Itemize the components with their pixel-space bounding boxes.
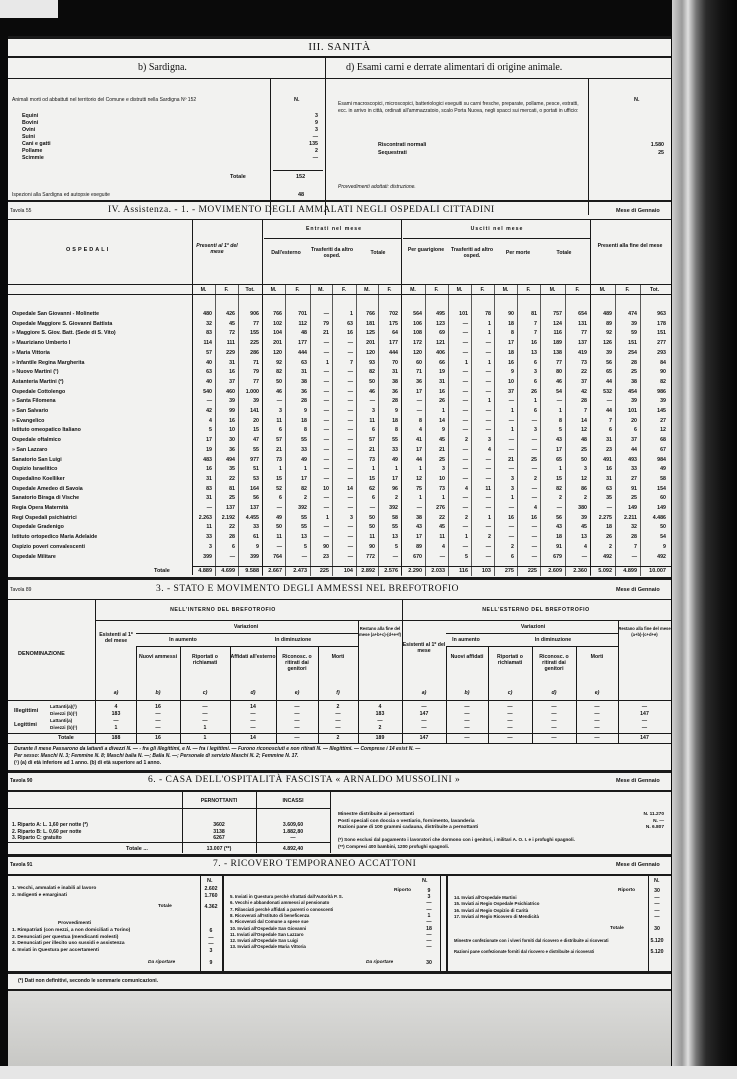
- ricovero-item-value: —: [418, 919, 440, 925]
- cell: 40: [192, 360, 212, 366]
- cell: 1: [494, 427, 514, 433]
- table-row: Ospedale San Giovanni - Molinette4804269…: [8, 311, 671, 319]
- ricovero-title: 7. - RICOVERO TEMPORANEO ACCATTONI: [213, 859, 416, 869]
- column-divider: [425, 285, 426, 576]
- ricovero-col-n-right: N.: [654, 878, 660, 884]
- cell: 46: [262, 389, 282, 395]
- cell: 90: [310, 544, 329, 550]
- bref-sub-label: Divezzi (b)(¹): [50, 725, 77, 730]
- hospital-name: Ospedale oftalmico: [12, 437, 61, 443]
- subheader-9: M.: [401, 287, 425, 293]
- bref-ext-letter: e): [576, 690, 618, 696]
- ricovero-item-label: 6. Vecchi e abbandonati ammessi al pensi…: [230, 900, 329, 905]
- total-cell: 2.892: [356, 568, 375, 574]
- cell: 10: [494, 379, 514, 385]
- table-row: » Infantile Regina Margherita40317192631…: [8, 360, 671, 368]
- column-divider: [540, 285, 541, 576]
- cell: 1: [356, 466, 375, 472]
- cell: 45: [565, 524, 587, 530]
- column-divider: [517, 285, 518, 576]
- ospitalita-side-label: Minestre distribuite ai pernottanti: [338, 812, 414, 817]
- cell: 16: [425, 389, 445, 395]
- ospedali-presenti-fine-header: Presenti alla fine del mese: [594, 243, 666, 249]
- cell: 1: [540, 466, 562, 472]
- cell: 82: [262, 369, 282, 375]
- column-divider: [378, 285, 379, 576]
- ricovero-item-value: 5.120: [646, 949, 668, 955]
- cell: 7: [590, 418, 612, 424]
- cell: 1: [401, 466, 422, 472]
- cell: 71: [401, 369, 422, 375]
- cell: 1: [471, 515, 491, 521]
- ricovero-item-value: —: [418, 938, 440, 944]
- cell: 3: [517, 427, 537, 433]
- cell: 18: [285, 418, 307, 424]
- brefotrofio-variazioni-ext: Variazioni: [448, 624, 618, 630]
- cell: —: [332, 447, 353, 453]
- cell: 81: [215, 486, 235, 492]
- cell: 151: [615, 340, 637, 346]
- ospitalita-side-value: N. 6.807: [646, 825, 664, 830]
- cell: —: [494, 534, 514, 540]
- cell: —: [332, 457, 353, 463]
- total-cell: 2.033: [425, 568, 445, 574]
- cell: —: [448, 379, 468, 385]
- ricovero-item-value: —: [418, 907, 440, 913]
- bref-ext-col-head: Riportati o richiamati: [488, 654, 532, 666]
- cell: 7: [565, 408, 587, 414]
- cell: 11: [356, 418, 375, 424]
- bref-int-letter: c): [180, 690, 230, 696]
- cell: 66: [425, 360, 445, 366]
- cell: 6: [494, 554, 514, 560]
- ospitalita-inc: 1.882,80: [258, 829, 328, 835]
- ricovero-item-value: —: [646, 908, 668, 914]
- subheader-1: F.: [215, 287, 238, 293]
- cell: 4: [96, 704, 136, 710]
- cell: 15: [540, 476, 562, 482]
- cell: —: [448, 408, 468, 414]
- cell: 7: [615, 544, 637, 550]
- cell: —: [402, 725, 446, 731]
- bref-int-letter: b): [136, 690, 180, 696]
- cell: 483: [192, 457, 212, 463]
- cell: 399: [192, 554, 212, 560]
- cell: 38: [615, 379, 637, 385]
- cell: 1.000: [238, 389, 259, 395]
- in-diminuzione-ext: In diminuzione: [488, 637, 618, 643]
- cell: —: [517, 524, 537, 530]
- ospedali-col0-header: OSPEDALI: [66, 247, 110, 253]
- hospital-name: » Maria Vittoria: [12, 350, 50, 356]
- cell: 137: [215, 505, 235, 511]
- subheader-2: Tot.: [238, 287, 262, 293]
- cell: 277: [640, 340, 666, 346]
- cell: 39: [640, 398, 666, 404]
- cell: 37: [565, 379, 587, 385]
- cell: 254: [615, 350, 637, 356]
- cell: 126: [590, 340, 612, 346]
- cell: —: [448, 544, 468, 550]
- subheader-8: F.: [378, 287, 401, 293]
- cell: 4: [471, 447, 491, 453]
- cell: 444: [378, 350, 398, 356]
- cell: 10: [310, 486, 329, 492]
- cell: —: [276, 725, 318, 731]
- ospitalita-side-note: (*) Sono esclusi dal pagamento i lavorat…: [338, 837, 575, 842]
- ospedali-usciti-header: Usciti nel mese: [404, 226, 590, 232]
- cell: 65: [540, 457, 562, 463]
- table-row: Ospedale oftalmico1730475755——5755414523…: [8, 437, 671, 445]
- cell: 99: [215, 408, 235, 414]
- ospitalita-month: Mese di Gennaio: [616, 778, 660, 784]
- ospedali-month: Mese di Gennaio: [616, 208, 660, 214]
- cell: 28: [565, 398, 587, 404]
- cell: 2: [318, 704, 358, 710]
- cell: 31: [215, 360, 235, 366]
- cell: —: [310, 389, 329, 395]
- cell: 111: [215, 340, 235, 346]
- cell: 11: [356, 534, 375, 540]
- cell: 31: [425, 379, 445, 385]
- subheader-15: M.: [540, 287, 565, 293]
- cell: 112: [285, 321, 307, 327]
- cell: 106: [401, 321, 422, 327]
- column-divider: [565, 285, 566, 576]
- scan-corner: [0, 0, 58, 18]
- esami-title: d) Esami carni e derrate alimentari di o…: [346, 62, 562, 73]
- cell: —: [494, 505, 514, 511]
- cell: 31: [285, 369, 307, 375]
- cell: 392: [285, 505, 307, 511]
- cell: —: [136, 725, 180, 731]
- cell: 26: [517, 389, 537, 395]
- cell: 419: [565, 350, 587, 356]
- cell: 49: [285, 457, 307, 463]
- column-divider: [590, 285, 591, 576]
- cell: —: [517, 544, 537, 550]
- cell: 147: [402, 711, 446, 717]
- ricovero-col-n-left: N.: [207, 878, 213, 884]
- cell: —: [310, 466, 329, 472]
- cell: 25: [565, 447, 587, 453]
- cell: 175: [378, 321, 398, 327]
- ricovero-item-label: Riporto: [618, 888, 635, 893]
- cell: 3: [517, 369, 537, 375]
- bref-int-col-head: Affidati all'esterno: [230, 654, 276, 660]
- cell: 149: [615, 505, 637, 511]
- cell: —: [310, 340, 329, 346]
- cell: 154: [640, 486, 666, 492]
- total-cell: 147: [402, 735, 446, 741]
- cell: 28: [285, 398, 307, 404]
- cell: 17: [401, 534, 422, 540]
- cell: 50: [262, 524, 282, 530]
- ospedali-table-body: Ospedale San Giovanni - Molinette4804269…: [8, 311, 671, 566]
- cell: 16: [590, 466, 612, 472]
- total-cell: 103: [471, 568, 491, 574]
- cell: 36: [285, 389, 307, 395]
- cell: 83: [192, 330, 212, 336]
- cell: —: [276, 718, 318, 724]
- brefotrofio-denominazione: DENOMINAZIONE: [18, 651, 65, 657]
- cell: —: [446, 725, 488, 731]
- ricovero-item-value: —: [646, 901, 668, 907]
- table-row: Regi Ospedali psichiatrici2.2632.1924.45…: [8, 515, 671, 523]
- hospital-name: » Infantile Regina Margherita: [12, 360, 84, 366]
- cell: —: [310, 534, 329, 540]
- ricovero-item-value: —: [646, 914, 668, 920]
- subheader-5: M.: [310, 287, 332, 293]
- bref-ext-letter: a): [402, 690, 446, 696]
- total-cell: 9.588: [238, 568, 259, 574]
- cell: —: [532, 704, 576, 710]
- ricovero-item-label: 4. Inviati in Questura per accertamenti: [12, 948, 99, 953]
- table-row: Sanatorio Biraga di Vische31255662——6211…: [8, 495, 671, 503]
- brefotrofio-body: IllegittimiLattanti(a)(¹)416—14—24——————…: [8, 704, 671, 734]
- brefotrofio-interno-header: NELL'INTERNO DEL BREFOTROFIO: [98, 607, 348, 613]
- cell: 17: [378, 476, 398, 482]
- cell: 116: [540, 330, 562, 336]
- cell: 32: [192, 321, 212, 327]
- table-row: » Santa Filomena—3939—28———28—26—1—1—28—…: [8, 398, 671, 406]
- cell: 1: [471, 330, 491, 336]
- cell: 27: [615, 476, 637, 482]
- cell: 1: [180, 725, 230, 731]
- cell: 31: [590, 437, 612, 443]
- cell: 86: [565, 486, 587, 492]
- cell: 82: [640, 379, 666, 385]
- bref-int-col-head: Esistenti al 1º del mese: [96, 632, 136, 644]
- cell: 51: [238, 466, 259, 472]
- ricovero-item-value: 3: [200, 948, 222, 954]
- total-cell: 10.007: [640, 568, 666, 574]
- cell: —: [446, 704, 488, 710]
- cell: 38: [285, 379, 307, 385]
- cell: —: [517, 486, 537, 492]
- ospedali-total-row: Totale4.8894.6999.5882.6672.4732251042.8…: [8, 568, 671, 576]
- cell: 16: [215, 418, 235, 424]
- cell: —: [488, 718, 532, 724]
- cell: 63: [590, 486, 612, 492]
- cell: 12: [565, 476, 587, 482]
- ospitalita-side-label: Posti speciali con doccia o vestiario, f…: [338, 819, 475, 824]
- column-divider: [471, 285, 472, 576]
- cell: 31: [192, 476, 212, 482]
- cell: 48: [565, 437, 587, 443]
- total-cell: 116: [448, 568, 468, 574]
- subheader-19: Tot.: [640, 287, 669, 293]
- cell: 14: [332, 486, 353, 492]
- hospital-name: Ospedalino Koelliker: [12, 476, 65, 482]
- blank-page-bottom: [8, 991, 671, 1066]
- table-row: » Mauriziano Umberto I114111225201177——2…: [8, 340, 671, 348]
- cell: 491: [590, 457, 612, 463]
- cell: —: [358, 718, 402, 724]
- ricovero-item-value: 6: [200, 928, 222, 934]
- bref-int-letter: f): [318, 690, 358, 696]
- cell: 14: [230, 704, 276, 710]
- cell: 16: [192, 466, 212, 472]
- cell: 49: [378, 457, 398, 463]
- brefotrofio-note-1: Durante il mese Passarono da lattanti a …: [14, 746, 420, 752]
- cell: —: [425, 554, 445, 560]
- cell: —: [448, 447, 468, 453]
- ricovero-item-label: Provvedimenti: [58, 921, 91, 926]
- brefotrofio-note-2: Per sesso: Maschi N. 3; Femmine N. 8; Ma…: [14, 753, 299, 759]
- cell: 12: [401, 476, 422, 482]
- cell: 45: [425, 437, 445, 443]
- cell: —: [517, 495, 537, 501]
- cell: 14: [565, 418, 587, 424]
- cell: —: [471, 476, 491, 482]
- column-divider: [238, 285, 239, 576]
- ricovero-col-n-mid: N.: [422, 878, 428, 884]
- total-cell: 5.092: [590, 568, 612, 574]
- sardigna-total-value: 152: [296, 174, 305, 180]
- scan-bottom-margin: [0, 1066, 737, 1079]
- cell: 77: [565, 330, 587, 336]
- cell: —: [517, 447, 537, 453]
- cell: 22: [565, 369, 587, 375]
- cell: —: [332, 544, 353, 550]
- cell: 73: [425, 486, 445, 492]
- cell: 11: [425, 534, 445, 540]
- cell: 4: [358, 704, 402, 710]
- total-cell: 104: [332, 568, 353, 574]
- cell: —: [180, 711, 230, 717]
- table-row: » San Salvario429914139——39—1——161744101…: [8, 408, 671, 416]
- cell: 9: [378, 408, 398, 414]
- hospital-name: Sanatorio Biraga di Vische: [12, 495, 79, 501]
- ospedali-dall-esterno-header: Dall'esterno: [264, 250, 308, 256]
- cell: 137: [238, 505, 259, 511]
- bref-sub-label: Lattanti(a): [50, 718, 72, 723]
- cell: 16: [517, 515, 537, 521]
- cell: 82: [540, 486, 562, 492]
- cell: 90: [640, 369, 666, 375]
- bref-ext-letter: b): [446, 690, 488, 696]
- hospital-name: Ospedale San Giovanni - Molinette: [12, 311, 99, 317]
- ospitalita-total-pern: 13.007 (**): [184, 846, 254, 852]
- cell: —: [402, 718, 446, 724]
- cell: 9: [238, 544, 259, 550]
- cell: —: [540, 398, 562, 404]
- column-divider: [640, 285, 641, 576]
- cell: —: [471, 418, 491, 424]
- cell: 492: [640, 554, 666, 560]
- cell: 22: [215, 476, 235, 482]
- cell: —: [488, 711, 532, 717]
- cell: 2: [358, 725, 402, 731]
- cell: —: [471, 554, 491, 560]
- cell: 4: [401, 427, 422, 433]
- ricovero-item-label: Minestre confezionate con i viveri forni…: [454, 938, 634, 943]
- cell: —: [310, 524, 329, 530]
- cell: 984: [640, 457, 666, 463]
- cell: —: [332, 350, 353, 356]
- table-row: » Nuovo Martini (¹)6316798231——82317119—…: [8, 369, 671, 377]
- ospedali-trasferiti-ad-header: Trasferiti ad altro osped.: [450, 247, 494, 259]
- cell: 46: [356, 389, 375, 395]
- page-title: III. SANITÀ: [8, 41, 671, 53]
- cell: —: [136, 711, 180, 717]
- in-aumento-ext: In aumento: [446, 637, 486, 643]
- cell: 3: [471, 437, 491, 443]
- bref-int-col-head: Nuovi ammessi: [136, 654, 180, 660]
- cell: —: [446, 711, 488, 717]
- cell: 92: [590, 330, 612, 336]
- ricovero-item-value: —: [418, 900, 440, 906]
- cell: 11: [471, 486, 491, 492]
- cell: 44: [615, 447, 637, 453]
- cell: 1: [448, 360, 468, 366]
- table-row: Ospedale Amedeo di Savoia838116452821014…: [8, 486, 671, 494]
- cell: —: [517, 466, 537, 472]
- cell: 8: [378, 427, 398, 433]
- cell: 31: [192, 495, 212, 501]
- hospital-name: » San Lazzaro: [12, 447, 47, 453]
- cell: 764: [262, 554, 282, 560]
- cell: 1: [517, 398, 537, 404]
- cell: 225: [238, 340, 259, 346]
- ricovero-item-value: 9: [200, 960, 222, 966]
- cell: 33: [615, 466, 637, 472]
- cell: —: [517, 534, 537, 540]
- cell: —: [565, 554, 587, 560]
- sardigna-inspections-label: Ispezioni alla Sardigna ed autopsie eseg…: [12, 192, 110, 198]
- cell: 67: [640, 447, 666, 453]
- brefotrofio-variazioni-int: Variazioni: [138, 624, 354, 630]
- cell: 17: [285, 476, 307, 482]
- ricovero-item-label: Totale: [158, 904, 172, 909]
- cell: —: [310, 408, 329, 414]
- cell: 92: [262, 360, 282, 366]
- cell: 79: [238, 369, 259, 375]
- ospitalita-pern: 6267: [184, 835, 254, 841]
- ricovero-item-label: 13. Inviati all'Ospedale Maria Vittoria: [230, 944, 306, 949]
- cell: 18: [378, 418, 398, 424]
- cell: —: [448, 476, 468, 482]
- cell: 1: [262, 466, 282, 472]
- cell: 9: [494, 369, 514, 375]
- cell: —: [332, 524, 353, 530]
- bref-ext-col-head: Morti: [576, 654, 618, 660]
- table-row: Ospedale Gradenigo1122335055——50554345——…: [8, 524, 671, 532]
- cell: —: [448, 524, 468, 530]
- cell: 963: [640, 311, 666, 317]
- cell: 1: [425, 408, 445, 414]
- cell: 172: [401, 340, 422, 346]
- table-row: Ospizio Israelitico16355111——1113————131…: [8, 466, 671, 474]
- cell: 55: [378, 524, 398, 530]
- cell: —: [276, 711, 318, 717]
- cell: 3: [494, 476, 514, 482]
- cell: 73: [262, 457, 282, 463]
- ospitalita-total-label: Totale ...: [126, 846, 148, 852]
- cell: 17: [401, 389, 422, 395]
- cell: 13: [378, 534, 398, 540]
- cell: 189: [540, 340, 562, 346]
- ricovero-item-value: —: [418, 944, 440, 950]
- cell: 36: [215, 447, 235, 453]
- total-label: Totale: [154, 568, 170, 574]
- cell: 71: [238, 360, 259, 366]
- ricovero-item-label: Riporto: [394, 888, 411, 893]
- cell: 540: [192, 389, 212, 395]
- cell: 20: [238, 418, 259, 424]
- brefotrofio-total-row: Totale18816114—2189147————147: [8, 735, 671, 743]
